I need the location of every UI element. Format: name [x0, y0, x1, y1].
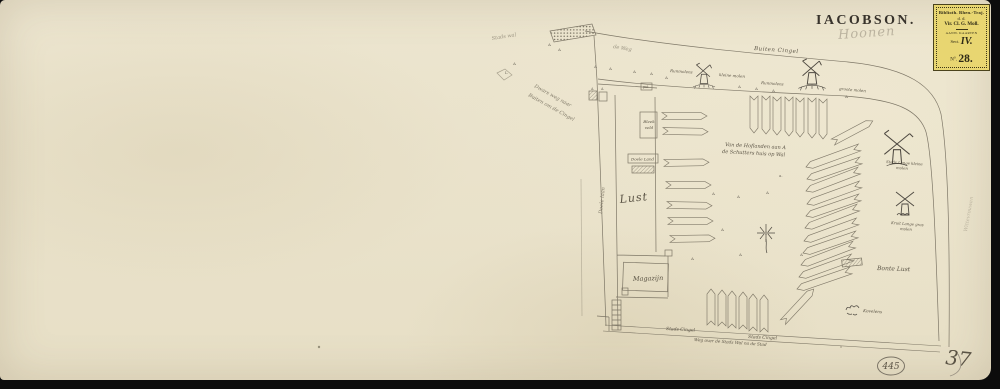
- shed-hatched-box: [632, 166, 654, 173]
- plot-letter-marker: A: [737, 84, 741, 89]
- windmill-icon-2: [798, 59, 825, 90]
- topright-diagonal-strip: [831, 118, 874, 145]
- doele-lane-line: [581, 179, 582, 316]
- right-strips: [796, 144, 862, 292]
- oval-stamp-number: 445: [881, 362, 899, 372]
- bleaching-strips: [662, 96, 874, 332]
- map-label-bonte-lust: Bonte Lust: [876, 265, 911, 273]
- map-label-mill3-2: molen: [896, 165, 909, 171]
- plot-letter-marker: A: [844, 94, 848, 99]
- stipple-entrance-block: [550, 24, 596, 42]
- outer-road-line: [585, 31, 949, 347]
- paper-speck-1: [318, 346, 320, 348]
- plot-letter-marker: A: [754, 86, 758, 91]
- map-label-doele-land: Doele Land: [630, 157, 655, 162]
- well-box-1: [589, 91, 597, 100]
- map-label-mill4-2: molen: [900, 226, 913, 232]
- map-labels: Stads wal de Weg Dwars weg naar Buiten o…: [491, 32, 975, 347]
- margin-pencil-note: Wittevrouwen: [963, 196, 975, 232]
- map-label-huis-1: Bleek: [642, 119, 655, 124]
- plot-letter-marker: A: [600, 87, 604, 91]
- map-label-mill1-right: kleine molen: [719, 72, 746, 79]
- plot-letter-marker: A: [690, 256, 694, 261]
- bottom-strips: [707, 287, 816, 332]
- plot-letter-marker: A: [771, 88, 775, 93]
- map-label-de-weg: de Weg: [613, 44, 632, 53]
- map-label-magazijn: Magazijn: [632, 274, 664, 283]
- pencil-number: 37: [944, 345, 972, 372]
- plot-letter-marker: A: [557, 47, 561, 52]
- plot-letter-marker: A: [649, 71, 653, 76]
- plot-letter-marker: A: [711, 191, 715, 196]
- well-box-2: [599, 92, 607, 101]
- map-label-stads-wal: Stads wal: [491, 32, 517, 42]
- map-label-put: put: [643, 85, 649, 89]
- map-label-lust: Lust: [618, 190, 649, 206]
- yard-corner-box: [665, 250, 672, 256]
- map-label-mill1-left: Runmolens: [669, 68, 693, 75]
- map-label-huis-2: veld: [645, 125, 654, 130]
- plot-letter-marker: A: [720, 227, 724, 232]
- plot-letter-marker: A: [799, 252, 803, 257]
- tree-icon: [757, 224, 775, 253]
- windmill-icon-4: [896, 192, 914, 215]
- windmill-icon-1: [693, 63, 715, 89]
- plot-letter-markers: AAALAAAAAAAAAAAAAAAAa.AA: [505, 42, 848, 261]
- plan-drawing: Stads wal de Weg Dwars weg naar Buiten o…: [0, 0, 1000, 389]
- plot-letter-marker: A: [765, 190, 769, 195]
- plot-letter-marker: A: [664, 75, 668, 80]
- east-hatched-box: [842, 258, 863, 267]
- plot-letter-marker: a.: [779, 173, 783, 178]
- scanned-map-sheet: IACOBSON. Hoonen Biblioth. Rhen.-Traj. d…: [0, 0, 1000, 389]
- plot-letter-marker: A: [608, 66, 612, 71]
- plot-letter-marker: A: [632, 69, 636, 74]
- farmstead-sketch: [846, 306, 859, 315]
- paper-speck-2: [840, 346, 842, 348]
- map-label-kovelens: Kovelens: [862, 308, 882, 314]
- plot-letter-marker: A: [736, 194, 740, 199]
- map-label-mill2-left: Runmolens: [760, 80, 784, 87]
- plot-letter-marker: A: [512, 61, 516, 66]
- left-strips: [662, 113, 715, 243]
- map-label-doele-laan: Doele laan: [598, 187, 607, 215]
- plot-letter-marker: A: [590, 87, 594, 91]
- plot-letter-marker: A: [547, 42, 551, 47]
- corner-annotations: 445 37: [878, 345, 973, 376]
- plot-letter-marker: A: [738, 252, 742, 257]
- plot-letter-marker: A: [593, 64, 597, 69]
- top-strips: [750, 96, 827, 139]
- map-label-bottom-left: Stads Cingel: [666, 326, 696, 334]
- map-label-mill2-right: groote molen: [839, 86, 867, 93]
- plot-letter-marker: L: [505, 70, 508, 75]
